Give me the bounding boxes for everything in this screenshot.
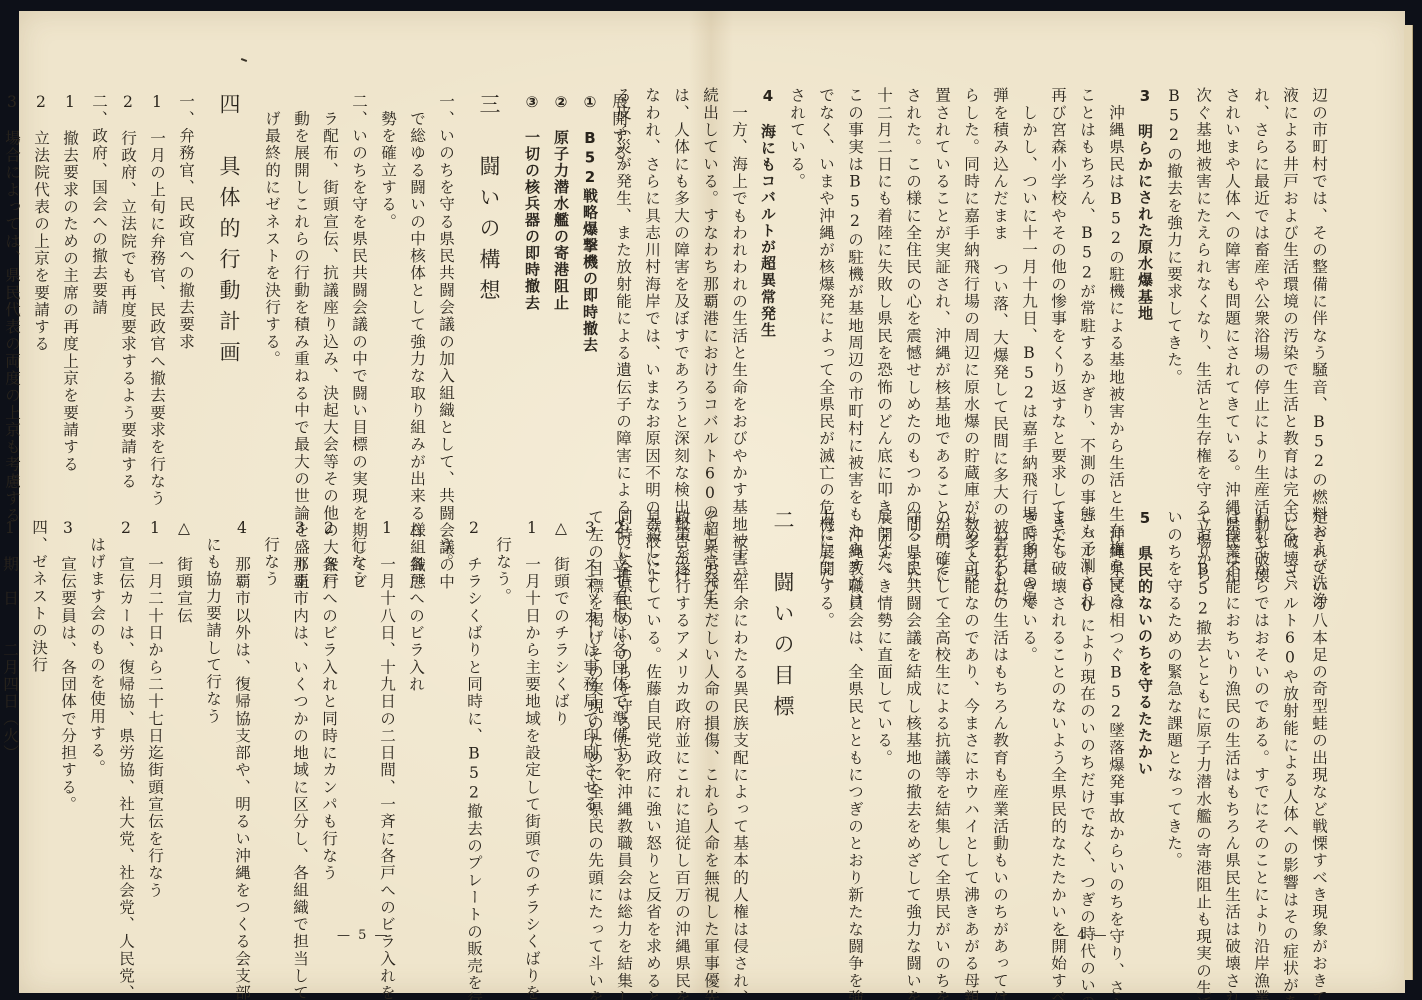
- text-line: 定されている八本足の奇型蛙の出現など戦慄すべき現象がおきて: [1304, 509, 1333, 909]
- text-line: らした。同時に嘉手納飛行場の周辺に原水爆の貯蔵庫が数多く設: [956, 87, 985, 497]
- text-line: 四、ゼネストの決行: [24, 519, 53, 919]
- text-line: 1 一月十日から主要地域を設定して街頭でのチラシくばりを: [517, 519, 546, 919]
- text-line: 弾を積み込んだまま つい落、大爆発して民間に多大の被害をもた: [985, 87, 1014, 497]
- section-heading: 四 具体的行動計画: [214, 93, 243, 493]
- text-line: 2 行政府、立法院でも再度要求するよう要請する: [113, 93, 142, 493]
- text-line: コバルト60により現在のいのちだけでなく、つぎの時代のいのち: [1072, 509, 1101, 909]
- text-line: この事実はB52の駐機が基地周辺の市町村に被害をもたらすだけ: [840, 87, 869, 497]
- text-line: 見殺しにしている。佐藤自民党政府に強い怒りと反省を求めると: [638, 509, 667, 909]
- text-line: 再び宮森小学校やその他の惨事をくり返すなと要求してきた。: [1043, 87, 1072, 497]
- text-line: ておりB52撤去とともに原子力潜水艦の寄港阻止も現実の生活と: [1188, 509, 1217, 909]
- text-line: 続出している。すなわち那覇港におけるコバルト60の超異常発生: [695, 87, 724, 497]
- text-line: ことはもちろん、B52が常駐するかぎり、不測の事態も予測され: [1072, 87, 1101, 497]
- section-heading: 三 闘いの構想: [474, 93, 503, 493]
- text-line: 3 ステッカーは事務局で印刷させる。: [575, 519, 604, 919]
- text-line: 展開する。: [604, 93, 633, 493]
- book-spread: 辺の市町村では、その整備に伴なう騒音、B52の燃料および洗浄液による井戸および生…: [19, 11, 1405, 993]
- text-line: 二、いのちを守を県民共闘会議の中で闘い目標の実現を期してビ: [344, 93, 373, 493]
- text-line: 勢を確立する。: [373, 93, 402, 493]
- text-line: 展開すべき情勢に直面している。: [869, 509, 898, 909]
- text-line: にも協力要請して行なう: [198, 519, 227, 919]
- text-line: しかし、ついに十一月十九日、B52は嘉手納飛行場で多量の爆: [1014, 87, 1043, 497]
- stray-mark: [241, 58, 247, 62]
- text-line: 3 宣伝要員は、各団体で分担する。: [53, 519, 82, 919]
- right-page-bottom-block: 定されている八本足の奇型蛙の出現など戦慄すべき現象がおきている。コバルト60や放…: [580, 509, 1333, 909]
- text-line: 4 那覇市以外は、復帰協支部や、明るい沖縄をつくる会支部: [227, 519, 256, 919]
- text-line: 一方、海上でもわれわれの生活と生命をおびやかす基地被害が: [724, 87, 753, 497]
- subheading: 5 県民的ないのちを守るたたかい: [1130, 509, 1159, 909]
- text-line: 二十三年余にわたる異民族支配によって基本的人権は侵され、: [725, 509, 754, 909]
- text-line: き時期にきている。: [1014, 509, 1043, 909]
- text-line: いる。コバルト60や放射能による人体への影響はその症状があら: [1275, 509, 1304, 909]
- text-line: 辺の市町村では、その整備に伴なう騒音、B52の燃料および洗浄: [1304, 87, 1333, 497]
- text-line: 3 場合によっては、県民代表の両度の上京も考慮する: [0, 93, 26, 493]
- text-line: 2 立て看板は各団体で準備する: [604, 519, 633, 919]
- left-page-top-block: 展開する。① B52戦略爆撃機の即時撤去② 原子力潜水艦の寄港阻止③ 一切の核兵…: [0, 93, 633, 493]
- text-line: れ、さらに最近では畜産や公衆浴場の停止により生産活動も破壊: [1246, 87, 1275, 497]
- page-edge: [1404, 25, 1413, 980]
- text-line: 二、政府、国会への撤去要請: [84, 93, 113, 493]
- text-line: 置されていることが実証され、沖縄が核基地であることが明確に: [927, 87, 956, 497]
- subheading: 3 明らかにされた原水爆基地: [1130, 87, 1159, 497]
- section-heading: 二 闘いの目標: [768, 509, 797, 909]
- text-line: 行なう: [256, 519, 285, 919]
- text-line: はげます会のものを使用する。: [82, 519, 111, 919]
- text-line: されている。: [782, 87, 811, 497]
- text-line: 沖縄県民はB52の駐機による基地被害から生活と生存権を守る: [1101, 87, 1130, 497]
- text-line: 政策を遂行するアメリカ政府並にこれに追従し百万の沖縄県民を: [667, 509, 696, 909]
- text-line: 液による井戸および生活環境の汚染で生活と教育は完全に破壊さ: [1275, 87, 1304, 497]
- text-line: じめて可能なのであり、今まさにホウハイとして沸きあがる母親: [956, 509, 985, 909]
- text-line: なわれ、さらに具志川村海岸では、いまなお原因不明の毒液によ: [637, 87, 666, 497]
- text-line: われわれの生活はもちろん教育も産業活動もいのちがあっては: [985, 509, 1014, 909]
- text-line: △ 各戸へのビラ入れ: [401, 519, 430, 919]
- text-line: 動を展開しこれらの行動を積み重ねる中で最大の世論を盛り上: [286, 93, 315, 493]
- text-line: 十二月二日にも着陸に失敗し県民を恐怖のどん底に叩きこんだ。: [869, 87, 898, 497]
- text-line: 沖縄教職員会は、全県民とともにつぎのとおり新たな闘争を強: [840, 509, 869, 909]
- text-line: 1 撤去要求のための主席の再度上京を要請する: [55, 93, 84, 493]
- text-line: の声、そして全高校生による抗議等を結集して全県民がいのちを: [927, 509, 956, 909]
- text-line: で総ゆる闘いの中核体として強力な取り組みが出来る様組織態: [402, 93, 431, 493]
- page-number-5: — 5 —: [337, 928, 390, 943]
- text-line: までも破壊されることのないよう全県民的なたたかいを開始すべ: [1043, 509, 1072, 909]
- text-line: 行なう。: [488, 519, 517, 919]
- text-line: 2 宣伝カーは、復帰協、県労協、社大党、社会党、人民党、: [111, 519, 140, 919]
- text-line: は操業不能におちいり漁民の生活はもちろん県民生活は破壊され: [1217, 509, 1246, 909]
- left-page-bottom-block: 2 立て看板は各団体で準備する3 ステッカーは事務局で印刷させる。△ 街頭でのチ…: [0, 519, 633, 919]
- text-line: 1 一月の上旬に弁務官、民政官へ撤去要求を行なう: [142, 93, 171, 493]
- text-line: われてからではおそいのである。すでにそのことにより沿岸漁業: [1246, 509, 1275, 909]
- text-line: は、人体にも多大の障害を及ぼすであろうと深刻な検出報告が行: [666, 87, 695, 497]
- text-line: 1 一月十八日、十九日の二日間、一斉に各戸へのビラ入れを: [372, 519, 401, 919]
- text-line: 一、いのちを守る県民共闘会議の加入組織として、共闘会議の中: [431, 93, 460, 493]
- subheading: ③ 一切の核兵器の即時撤去: [517, 93, 546, 493]
- text-line: 1 期 日 二月四日（火）: [0, 519, 24, 919]
- text-line: 2 チラシくばりと同時に、B52撤去のプレートの販売を行な: [459, 519, 488, 919]
- text-line: そしておびただしい人命の損傷、これら人命を無視した軍事優先: [696, 509, 725, 909]
- text-line: 2 立法院代表の上京を要請する: [26, 93, 55, 493]
- subheading: ① B52戦略爆撃機の即時撤去: [575, 93, 604, 493]
- text-line: ラ配布、街頭宣伝、抗議座り込み、決起大会等その他の大衆行: [315, 93, 344, 493]
- text-line: でなく、いまや沖縄が核爆発によって全県民が滅亡の危機にたた: [811, 87, 840, 497]
- text-line: 行なう: [343, 519, 372, 919]
- text-line: 次ぐ基地被害にたえられなくなり、生活と生存権を守る立場から: [1188, 87, 1217, 497]
- text-line: された。この様に全住民の心を震憾せしめたのもつかの間、また: [898, 87, 927, 497]
- page-number-4: — 4 —: [1056, 928, 1109, 943]
- text-line: △ 街頭でのチラシくばり: [546, 519, 575, 919]
- text-line: △ 街頭宣伝: [169, 519, 198, 919]
- text-line: されいまや人体への障害も問題にされてきている。沖縄県民は相: [1217, 87, 1246, 497]
- text-line: 守る県民共闘会議を結成し核基地の撤去をめざして強力な闘いを: [898, 509, 927, 909]
- text-line: 一、弁務官、民政官への撤去要求: [171, 93, 200, 493]
- text-line: 2 各戸へのビラ入れと同時にカンパも行なう: [314, 519, 343, 919]
- text-line: いのちを守るための緊急な課題となってきた。: [1159, 509, 1188, 909]
- right-page-top-block: 辺の市町村では、その整備に伴なう騒音、B52の燃料および洗浄液による井戸および生…: [608, 87, 1333, 497]
- text-line: げ最終的にゼネストを決行する。: [257, 93, 286, 493]
- text-line: B52の撤去を強力に要求してきた。: [1159, 87, 1188, 497]
- text-line: 沖縄県民は相つぐB52墜落爆発事故からいのちを守り、さらに: [1101, 509, 1130, 909]
- subheading: 4 海にもコバルトが超異常発生: [753, 87, 782, 497]
- text-line: 1 一月二十日から二十七日迄街頭宣伝を行なう: [140, 519, 169, 919]
- text-line: 3 那覇市内は、いくつかの地域に区分し、各組織で担当して: [285, 519, 314, 919]
- subheading: ② 原子力潜水艦の寄港阻止: [546, 93, 575, 493]
- text-line: 力に展開する。: [811, 509, 840, 909]
- text-line: う。: [430, 519, 459, 919]
